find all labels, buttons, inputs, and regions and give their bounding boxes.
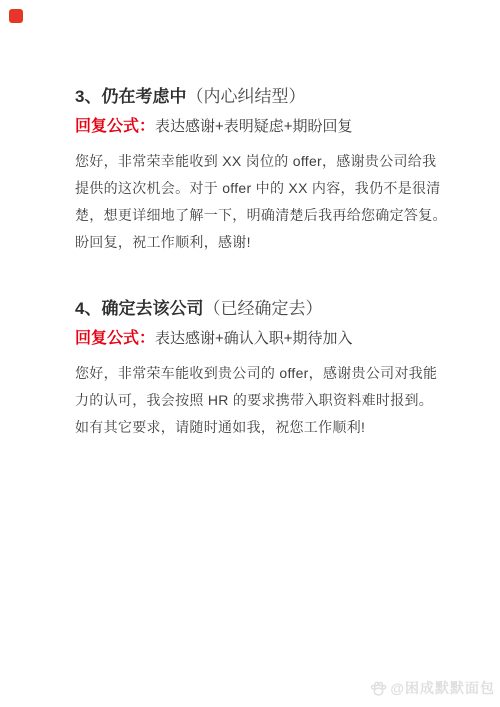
formula-text: 表达感谢+确认入职+期待加入 xyxy=(155,330,353,347)
formula-label: 回复公式： xyxy=(75,330,155,347)
body-line: 您好，非常荣车能收到贵公司的 offer，感谢贵公司对我能 xyxy=(75,360,440,387)
watermark-text: @困成默默面包 xyxy=(390,678,495,698)
body-line: 盼回复，祝工作顺利，感谢! xyxy=(75,229,440,256)
section-heading: 4、确定去该公司（已经确定去） xyxy=(75,296,440,322)
reply-formula: 回复公式：表达感谢+表明疑虑+期盼回复 xyxy=(75,116,440,138)
body-line: 提供的这次机会。对于 offer 中的 XX 内容，我仍不是很清 xyxy=(75,175,440,202)
section-3-still-considering: 3、仍在考虑中（内心纠结型） 回复公式：表达感谢+表明疑虑+期盼回复 您好，非常… xyxy=(75,84,440,256)
section-subtitle: （已经确定去） xyxy=(203,299,322,318)
section-title: 3、仍在考虑中 xyxy=(75,87,186,106)
section-subtitle: （内心纠结型） xyxy=(186,87,305,106)
paw-icon xyxy=(370,680,387,697)
red-corner-mark xyxy=(9,9,23,23)
reply-example-paragraph: 您好，非常荣幸能收到 XX 岗位的 offer，感谢贵公司给我 提供的这次机会。… xyxy=(75,148,440,256)
reply-formula: 回复公式：表达感谢+确认入职+期待加入 xyxy=(75,328,440,350)
section-title: 4、确定去该公司 xyxy=(75,299,203,318)
section-4-confirmed-join: 4、确定去该公司（已经确定去） 回复公式：表达感谢+确认入职+期待加入 您好，非… xyxy=(75,296,440,441)
body-line: 您好，非常荣幸能收到 XX 岗位的 offer，感谢贵公司给我 xyxy=(75,148,440,175)
section-heading: 3、仍在考虑中（内心纠结型） xyxy=(75,84,440,110)
body-line: 如有其它要求，请随时通如我，祝您工作顺利! xyxy=(75,414,440,441)
reply-example-paragraph: 您好，非常荣车能收到贵公司的 offer，感谢贵公司对我能 力的认可，我会按照 … xyxy=(75,360,440,441)
formula-text: 表达感谢+表明疑虑+期盼回复 xyxy=(155,118,353,135)
body-line: 力的认可，我会按照 HR 的要求携带入职资料难时报到。 xyxy=(75,387,440,414)
body-line: 楚，想更详细地了解一下，明确清楚后我再给您确定答复。 xyxy=(75,202,440,229)
watermark: @困成默默面包 xyxy=(370,676,495,700)
formula-label: 回复公式： xyxy=(75,118,155,135)
